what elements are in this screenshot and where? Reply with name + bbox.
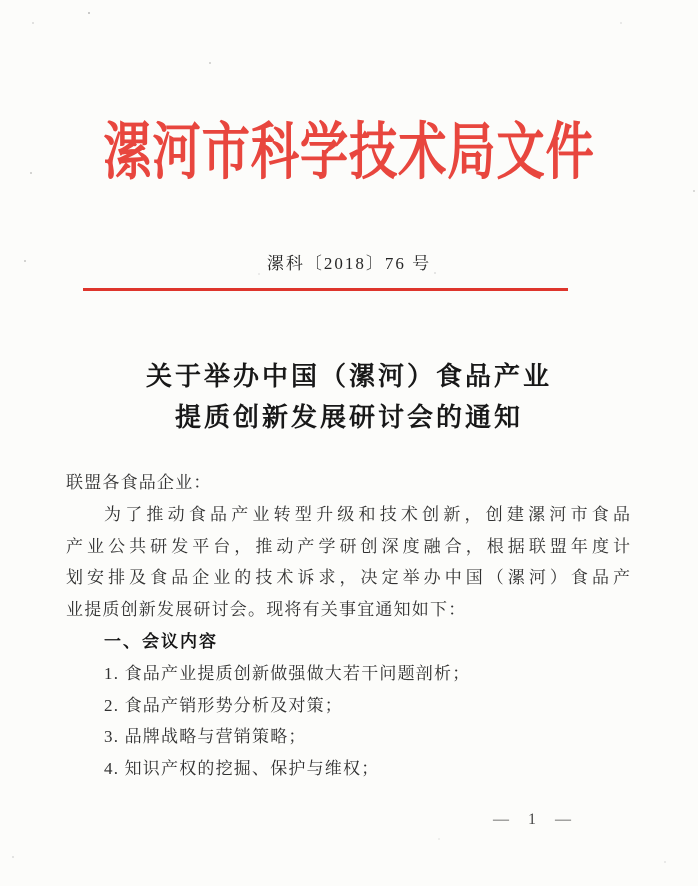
scanned-document-page: 漯河市科学技术局文件 漯科〔2018〕76 号 关于举办中国（漯河）食品产业 提… xyxy=(0,0,698,886)
document-number: 漯科〔2018〕76 号 xyxy=(0,249,698,274)
paragraph-line: 业提质创新发展研讨会。现将有关事宜通知如下： xyxy=(66,594,630,626)
document-title-line2: 提质创新发展研讨会的通知 xyxy=(0,397,698,438)
document-title: 关于举办中国（漯河）食品产业 提质创新发展研讨会的通知 xyxy=(0,356,698,438)
paragraph-line: 为了推动食品产业转型升级和技术创新，创建漯河市食品 xyxy=(66,499,630,531)
paragraph-line: 产业公共研发平台，推动产学研创深度融合，根据联盟年度计 xyxy=(66,531,630,563)
red-divider-line xyxy=(83,288,568,291)
agency-letterhead-title: 漯河市科学技术局文件 xyxy=(77,116,621,190)
scan-speckles xyxy=(0,0,2,2)
document-title-line1: 关于举办中国（漯河）食品产业 xyxy=(0,356,698,397)
paragraph-line: 划安排及食品企业的技术诉求，决定举办中国（漯河）食品产 xyxy=(66,562,630,594)
list-item: 2. 食品产销形势分析及对策； xyxy=(66,690,630,722)
document-body: 联盟各食品企业： 为了推动食品产业转型升级和技术创新，创建漯河市食品 产业公共研… xyxy=(66,467,630,785)
section-heading: 一、会议内容 xyxy=(66,626,630,658)
list-item: 4. 知识产权的挖掘、保护与维权； xyxy=(66,753,630,785)
list-item: 3. 品牌战略与营销策略； xyxy=(66,721,630,753)
page-number: — 1 — xyxy=(493,811,572,829)
salutation: 联盟各食品企业： xyxy=(66,467,630,499)
list-item: 1. 食品产业提质创新做强做大若干问题剖析； xyxy=(66,658,630,690)
